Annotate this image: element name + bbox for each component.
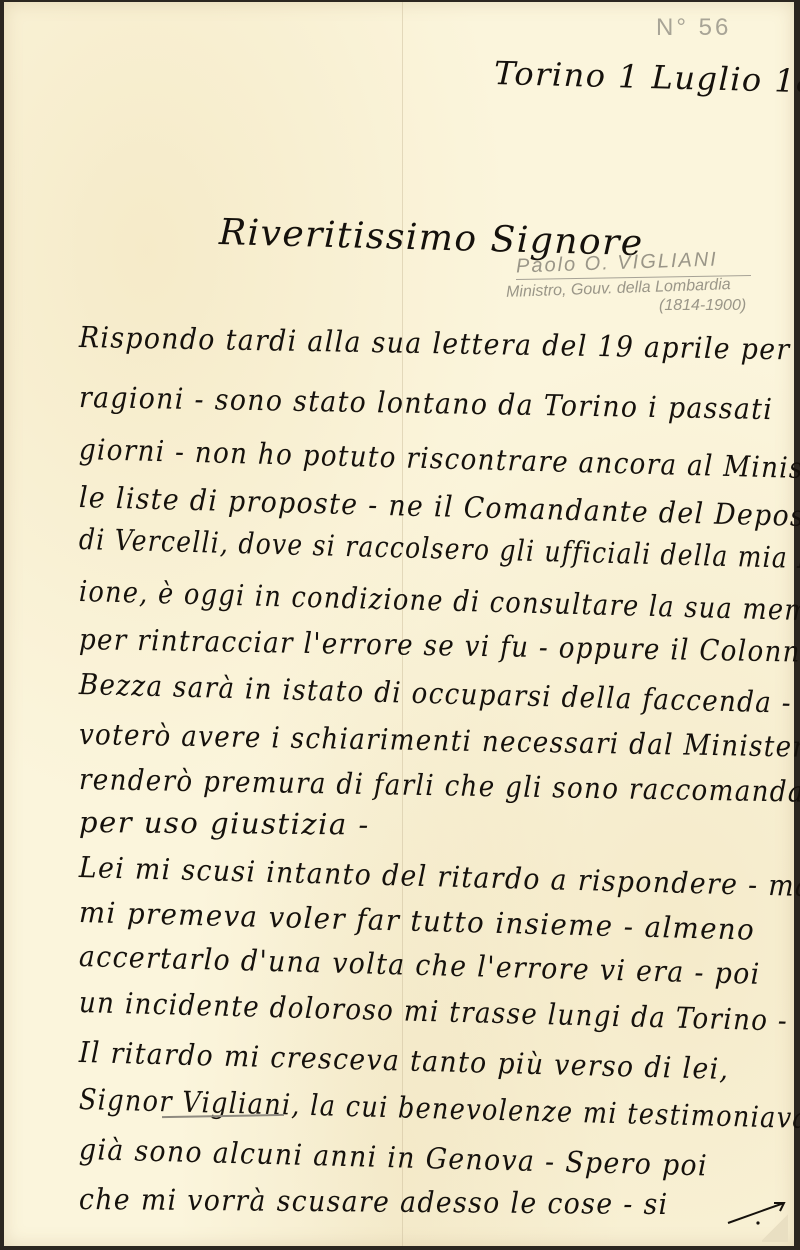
letter-line: un incidente doloroso mi trasse lungi da… — [79, 985, 789, 1038]
letter-line: Il ritardo mi cresceva tanto più verso d… — [79, 1035, 730, 1086]
letter-line: di Vercelli, dove si raccolsero gli uffi… — [79, 522, 800, 577]
letter-line: ragioni - sono stato lontano da Torino i… — [79, 380, 774, 426]
letter-line: giorni - non ho potuto riscontrare ancor… — [79, 432, 800, 487]
letter-line: per rintracciar l'errore se vi fu - oppu… — [79, 622, 800, 670]
reverse-bleed-through — [64, 122, 71, 147]
letter-line: mi premeva voler far tutto insieme - alm… — [79, 895, 756, 947]
archive-item-number: N° 56 — [656, 14, 731, 42]
letter-dateline: Torino 1 Luglio 1863 — [494, 54, 800, 102]
letter-page: N° 56 Torino 1 Luglio 1863 Riveritissimo… — [4, 2, 794, 1246]
letter-line: Signor Vigliani, la cui benevolenze mi t… — [79, 1082, 800, 1135]
letter-line: per uso giustizia - — [79, 805, 370, 842]
letter-line: Bezza sarà in istato di occuparsi della … — [79, 667, 800, 721]
letter-line: Lei mi scusi intanto del ritardo a rispo… — [79, 850, 800, 903]
archive-attribution-dates: (1814-1900) — [659, 297, 746, 315]
letter-line: accertarlo d'una volta che l'errore vi e… — [79, 939, 761, 991]
letter-line: già sono alcuni anni in Genova - Spero p… — [79, 1132, 709, 1182]
letter-line: ione, è oggi in condizione di consultare… — [79, 574, 800, 629]
letter-line: Rispondo tardi alla sua lettera del 19 a… — [79, 320, 800, 367]
letter-line: che mi vorrà scusare adesso le cose - si — [79, 1182, 669, 1221]
letter-line: voterò avere i schiarimenti necessari da… — [79, 717, 800, 765]
paper-corner-curl — [762, 1212, 788, 1242]
letter-line: renderò premura di farli che gli sono ra… — [79, 762, 800, 809]
